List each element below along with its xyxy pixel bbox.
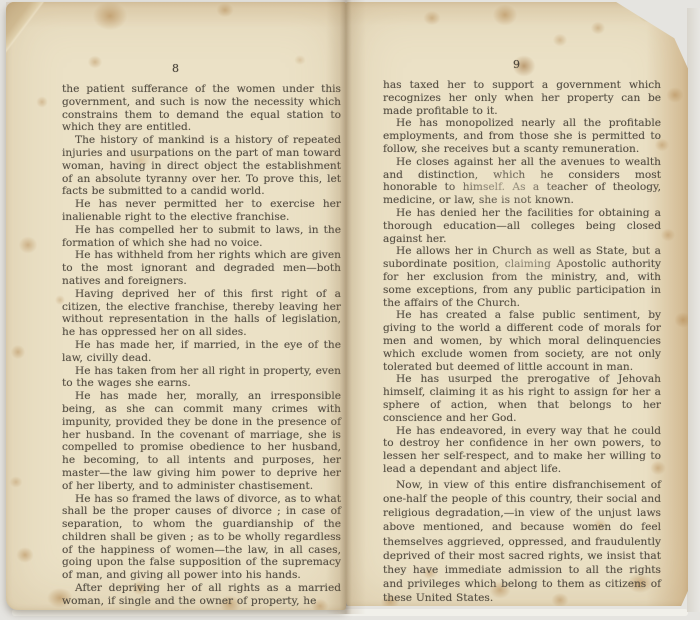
paragraph: Having deprived her of this first right … xyxy=(62,288,341,339)
page-number-right: 9 xyxy=(346,58,688,71)
paragraph: He has taken from her all right in prope… xyxy=(62,365,341,391)
paragraph: He has made her, if married, in the eye … xyxy=(62,339,341,365)
paragraph: He has usurped the prerogative of Jehova… xyxy=(383,373,661,424)
paragraph: He has denied her the facilities for obt… xyxy=(383,207,661,245)
paragraph: He has endeavored, in every way that he … xyxy=(383,425,661,476)
paragraph: He has compelled her to submit to laws, … xyxy=(62,224,341,250)
paragraph: the patient sufferance of the women unde… xyxy=(62,83,341,134)
page-number-left: 8 xyxy=(6,62,346,75)
paragraph: He closes against her all the avenues to… xyxy=(383,156,661,207)
page-right: 9 has taxed her to support a government … xyxy=(346,2,688,606)
paragraph: He allows her in Church as well as State… xyxy=(383,245,661,309)
page-left-text: the patient sufferance of the women unde… xyxy=(62,83,341,608)
page-left: 8 the patient sufferance of the women un… xyxy=(6,2,346,610)
paragraph: He has withheld from her rights which ar… xyxy=(62,249,341,287)
paragraph: The history of mankind is a history of r… xyxy=(62,134,341,198)
under-pages-edge xyxy=(12,609,688,616)
paragraph: Now, in view of this entire disfranchise… xyxy=(383,478,661,606)
book-fore-edge xyxy=(687,8,700,612)
book-photograph: 8 the patient sufferance of the women un… xyxy=(0,0,700,620)
paragraph: He has so framed the laws of divorce, as… xyxy=(62,493,341,583)
paragraph: has taxed her to support a government wh… xyxy=(383,79,661,117)
paragraph: After depriving her of all rights as a m… xyxy=(62,582,341,608)
paragraph: He has monopolized nearly all the profit… xyxy=(383,117,661,155)
paragraph: He has made her, morally, an irresponsib… xyxy=(62,390,341,492)
paragraph: He has never permitted her to exercise h… xyxy=(62,198,341,224)
page-right-text: has taxed her to support a government wh… xyxy=(383,79,661,606)
dog-ear-fold xyxy=(6,2,54,64)
paragraph: He has created a false public sentiment,… xyxy=(383,309,661,373)
